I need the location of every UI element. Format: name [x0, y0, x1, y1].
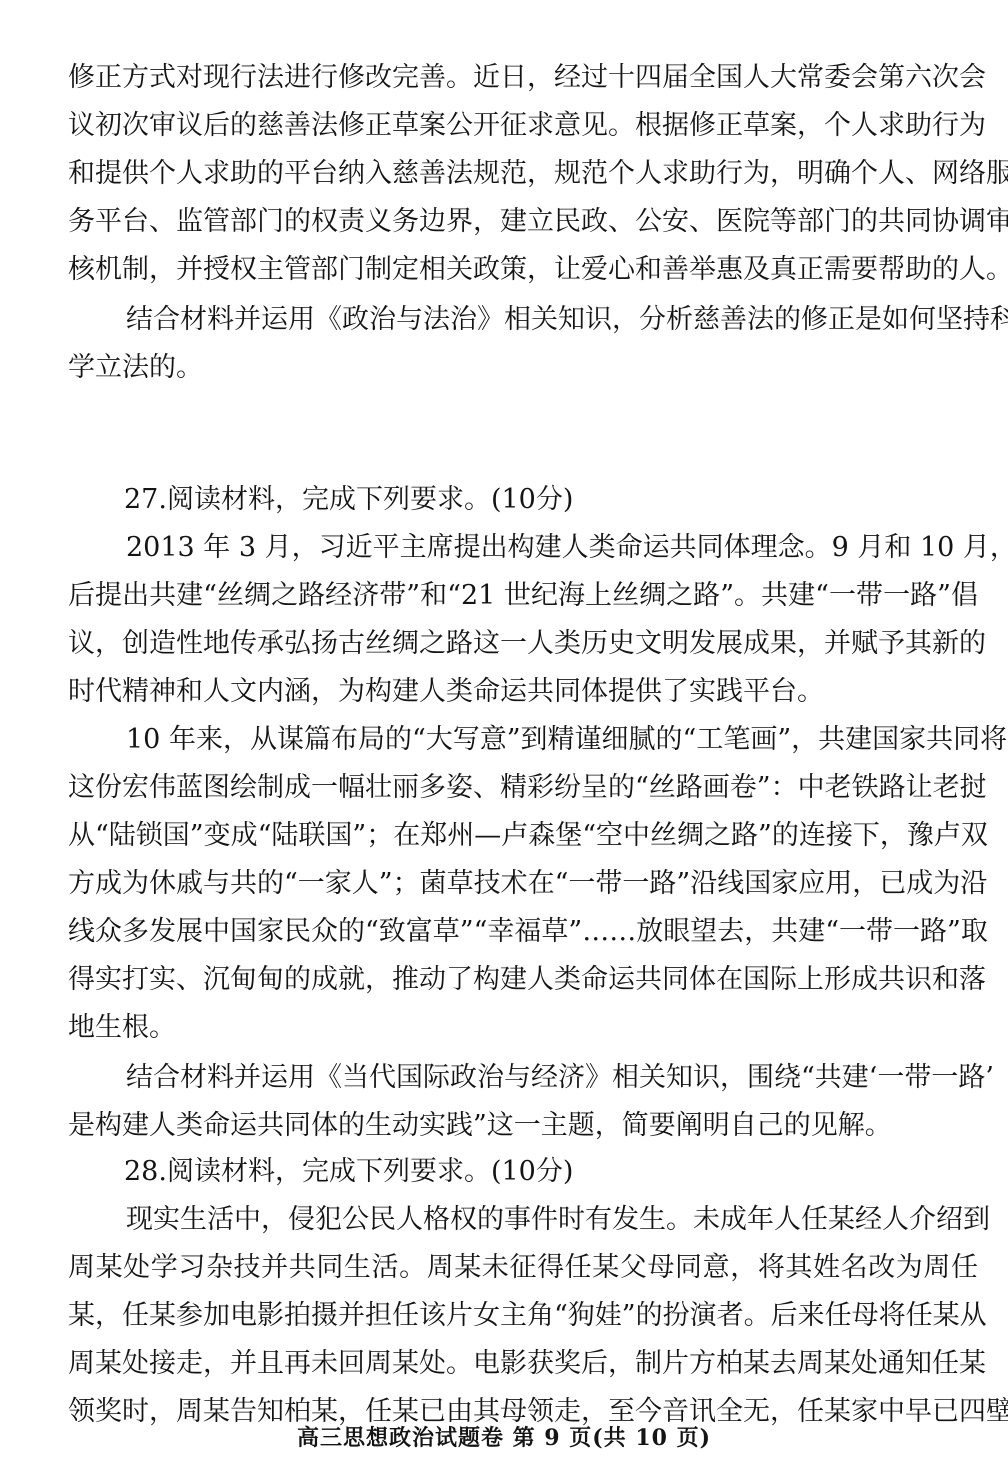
- text-line: 周某处接走，并且再未回周某处。电影获奖后，制片方柏某去周某处通知任某: [68, 1340, 978, 1388]
- question-prompt-line: 结合材料并运用《当代国际政治与经济》相关知识，围绕“共建‘一带一路’: [126, 1054, 978, 1102]
- text-line: 和提供个人求助的平台纳入慈善法规范，规范个人求助行为，明确个人、网络服: [68, 150, 978, 198]
- text-line: 某，任某参加电影拍摄并担任该片女主角“狗娃”的扮演者。后来任母将任某从: [68, 1292, 978, 1340]
- text-line: 核机制，并授权主管部门制定相关政策，让爱心和善举惠及真正需要帮助的人。: [68, 246, 978, 294]
- text-line: 议初次审议后的慈善法修正草案公开征求意见。根据修正草案，个人求助行为: [68, 102, 978, 150]
- exam-page: 修正方式对现行法进行修改完善。近日，经过十四届全国人大常委会第六次会 议初次审议…: [0, 0, 1008, 1458]
- text-line: 周某处学习杂技并共同生活。周某未征得任某父母同意，将其姓名改为周任: [68, 1244, 978, 1292]
- question-28-heading: 28.阅读材料，完成下列要求。(10分): [124, 1148, 724, 1196]
- text-line: 现实生活中，侵犯公民人格权的事件时有发生。未成年人任某经人介绍到: [126, 1196, 978, 1244]
- text-line: 地生根。: [68, 1004, 978, 1052]
- question-27-heading: 27.阅读材料，完成下列要求。(10分): [124, 476, 724, 524]
- text-line: 时代精神和人文内涵，为构建人类命运共同体提供了实践平台。: [68, 668, 978, 716]
- text-line: 得实打实、沉甸甸的成就，推动了构建人类命运共同体在国际上形成共识和落: [68, 956, 978, 1004]
- text-line: 从“陆锁国”变成“陆联国”；在郑州—卢森堡“空中丝绸之路”的连接下，豫卢双: [68, 812, 978, 860]
- text-line: 方成为休戚与共的“一家人”；菌草技术在“一带一路”沿线国家应用，已成为沿: [68, 860, 978, 908]
- text-line: 2013 年 3 月，习近平主席提出构建人类命运共同体理念。9 月和 10 月，…: [126, 524, 978, 572]
- question-prompt-line: 结合材料并运用《政治与法治》相关知识，分析慈善法的修正是如何坚持科: [126, 296, 978, 344]
- page-footer: 高三思想政治试题卷 第 9 页(共 10 页): [0, 1420, 1008, 1456]
- text-line: 修正方式对现行法进行修改完善。近日，经过十四届全国人大常委会第六次会: [68, 54, 978, 102]
- text-line: 这份宏伟蓝图绘制成一幅壮丽多姿、精彩纷呈的“丝路画卷”：中老铁路让老挝: [68, 764, 978, 812]
- text-line: 议，创造性地传承弘扬古丝绸之路这一人类历史文明发展成果，并赋予其新的: [68, 620, 978, 668]
- text-line: 10 年来，从谋篇布局的“大写意”到精谨细腻的“工笔画”，共建国家共同将: [126, 716, 978, 764]
- question-prompt-line: 是构建人类命运共同体的生动实践”这一主题，简要阐明自己的见解。: [68, 1102, 978, 1150]
- question-prompt-line: 学立法的。: [68, 344, 978, 392]
- text-line: 线众多发展中国家民众的“致富草”“幸福草”……放眼望去，共建“一带一路”取: [68, 908, 978, 956]
- text-line: 务平台、监管部门的权责义务边界，建立民政、公安、医院等部门的共同协调审: [68, 198, 978, 246]
- text-line: 后提出共建“丝绸之路经济带”和“21 世纪海上丝绸之路”。共建“一带一路”倡: [68, 572, 978, 620]
